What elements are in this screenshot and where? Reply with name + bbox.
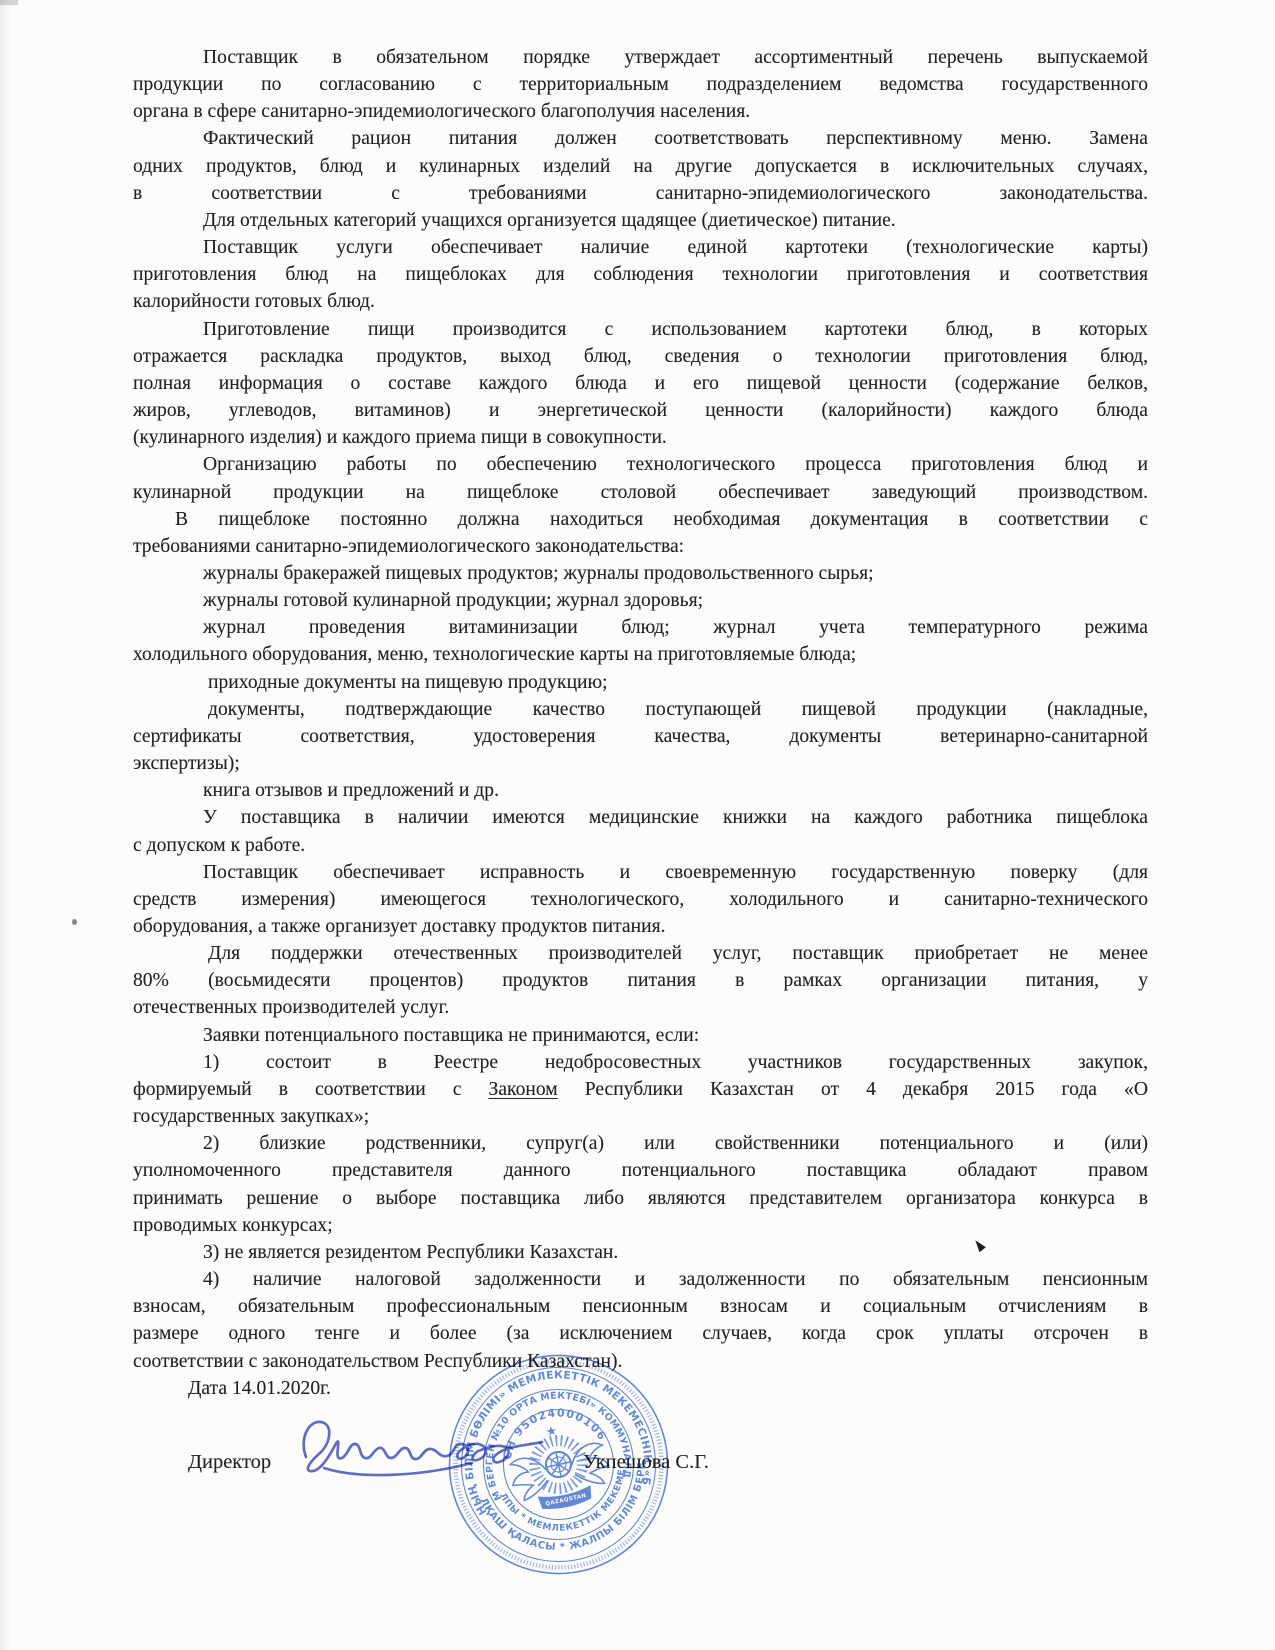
text-line: продукции по согласованию с территориаль… <box>133 71 1148 98</box>
text-line: отражается раскладка продуктов, выход бл… <box>133 343 1148 370</box>
text-line: В пищеблоке постоянно должна находиться … <box>133 506 1148 533</box>
text-line: приходные документы на пищевую продукцию… <box>133 669 1148 696</box>
text-line: Организацию работы по обеспечению технол… <box>133 451 1148 478</box>
text-line: калорийности готовых блюд. <box>133 288 1148 315</box>
text-line: проводимых конкурсах; <box>133 1212 1148 1239</box>
text-line: сертификаты соответствия, удостоверения … <box>133 723 1148 750</box>
text-line: Заявки потенциального поставщика не прин… <box>133 1022 1148 1049</box>
text-line: одних продуктов, блюд и кулинарных издел… <box>133 153 1148 180</box>
text-line: с допуском к работе. <box>133 832 1148 859</box>
text-line: взносам, обязательным профессиональным п… <box>133 1293 1148 1320</box>
text-line: (кулинарного изделия) и каждого приема п… <box>133 424 1148 451</box>
text-line: отечественных производителей услуг. <box>133 994 1148 1021</box>
text-line: требованиями санитарно-эпидемиологическо… <box>133 533 1148 560</box>
text-line: жиров, углеводов, витаминов) и энергетич… <box>133 397 1148 424</box>
text-line: государственных закупках»; <box>133 1103 1148 1130</box>
text-line: журналы бракеражей пищевых продуктов; жу… <box>133 560 1148 587</box>
text-line: кулинарной продукции на пищеблоке столов… <box>133 479 1148 506</box>
text-line: средств измерения) имеющегося технологич… <box>133 886 1148 913</box>
text-line: в соответствии с требованиями санитарно-… <box>133 180 1148 207</box>
text-line: Поставщик в обязательном порядке утвержд… <box>133 44 1148 71</box>
text-line: экспертизы); <box>133 750 1148 777</box>
text-line: Поставщик обеспечивает исправность и сво… <box>133 859 1148 886</box>
text-line: Приготовление пищи производится с исполь… <box>133 316 1148 343</box>
official-round-stamp: ҚАЛАСЫНЫҢ БІЛІМ БӨЛІМІ» МЕМЛЕКЕТТІК МЕКЕ… <box>448 1354 669 1575</box>
text-line: журнал проведения витаминизации блюд; жу… <box>133 614 1148 641</box>
text-line: органа в сфере санитарно-эпидемиологичес… <box>133 98 1148 125</box>
text-line: 2) близкие родственники, супруг(а) или с… <box>133 1130 1148 1157</box>
ink-speck-artifact <box>72 919 77 925</box>
text-line: полная информация о составе каждого блюд… <box>133 370 1148 397</box>
document-body: Поставщик в обязательном порядке утвержд… <box>133 44 1148 1481</box>
text-line: документы, подтверждающие качество посту… <box>133 696 1148 723</box>
text-line: формируемый в соответствии с Законом Рес… <box>133 1076 1148 1103</box>
scanned-document-page: Поставщик в обязательном порядке утвержд… <box>0 0 1275 1650</box>
text-line: Поставщик услуги обеспечивает наличие ед… <box>133 234 1148 261</box>
text-line: 1) состоит в Реестре недобросовестных уч… <box>133 1049 1148 1076</box>
text-line: Фактический рацион питания должен соотве… <box>133 125 1148 152</box>
text-segment: формируемый в соответствии с <box>133 1079 489 1100</box>
text-line: 4) наличие налоговой задолженности и зад… <box>133 1266 1148 1293</box>
text-line: книга отзывов и предложений и др. <box>133 777 1148 804</box>
scan-corner-artifact <box>0 0 18 5</box>
text-segment: Республики Казахстан от 4 декабря 2015 г… <box>558 1079 1148 1100</box>
text-line: холодильного оборудования, меню, техноло… <box>133 641 1148 668</box>
emblem-star-icon <box>546 1425 557 1436</box>
text-line: приготовления блюд на пищеблоках для соб… <box>133 261 1148 288</box>
text-line: Для поддержки отечественных производител… <box>133 940 1148 967</box>
text-line: принимать решение о выборе поставщика ли… <box>133 1185 1148 1212</box>
text-line: У поставщика в наличии имеются медицинск… <box>133 804 1148 831</box>
text-line: журналы готовой кулинарной продукции; жу… <box>133 587 1148 614</box>
text-line: 80% (восьмидесяти процентов) продуктов п… <box>133 967 1148 994</box>
text-line: уполномоченного представителя данного по… <box>133 1157 1148 1184</box>
underlined-law-reference: Законом <box>489 1079 558 1100</box>
director-label: Директор <box>188 1451 271 1474</box>
text-line: оборудования, а также организует доставк… <box>133 913 1148 940</box>
text-line: Для отдельных категорий учащихся организ… <box>133 207 1148 234</box>
text-line: размере одного тенге и более (за исключе… <box>133 1320 1148 1347</box>
text-line: 3) не является резидентом Республики Каз… <box>133 1239 1148 1266</box>
scan-edge-shadow <box>0 0 12 1650</box>
